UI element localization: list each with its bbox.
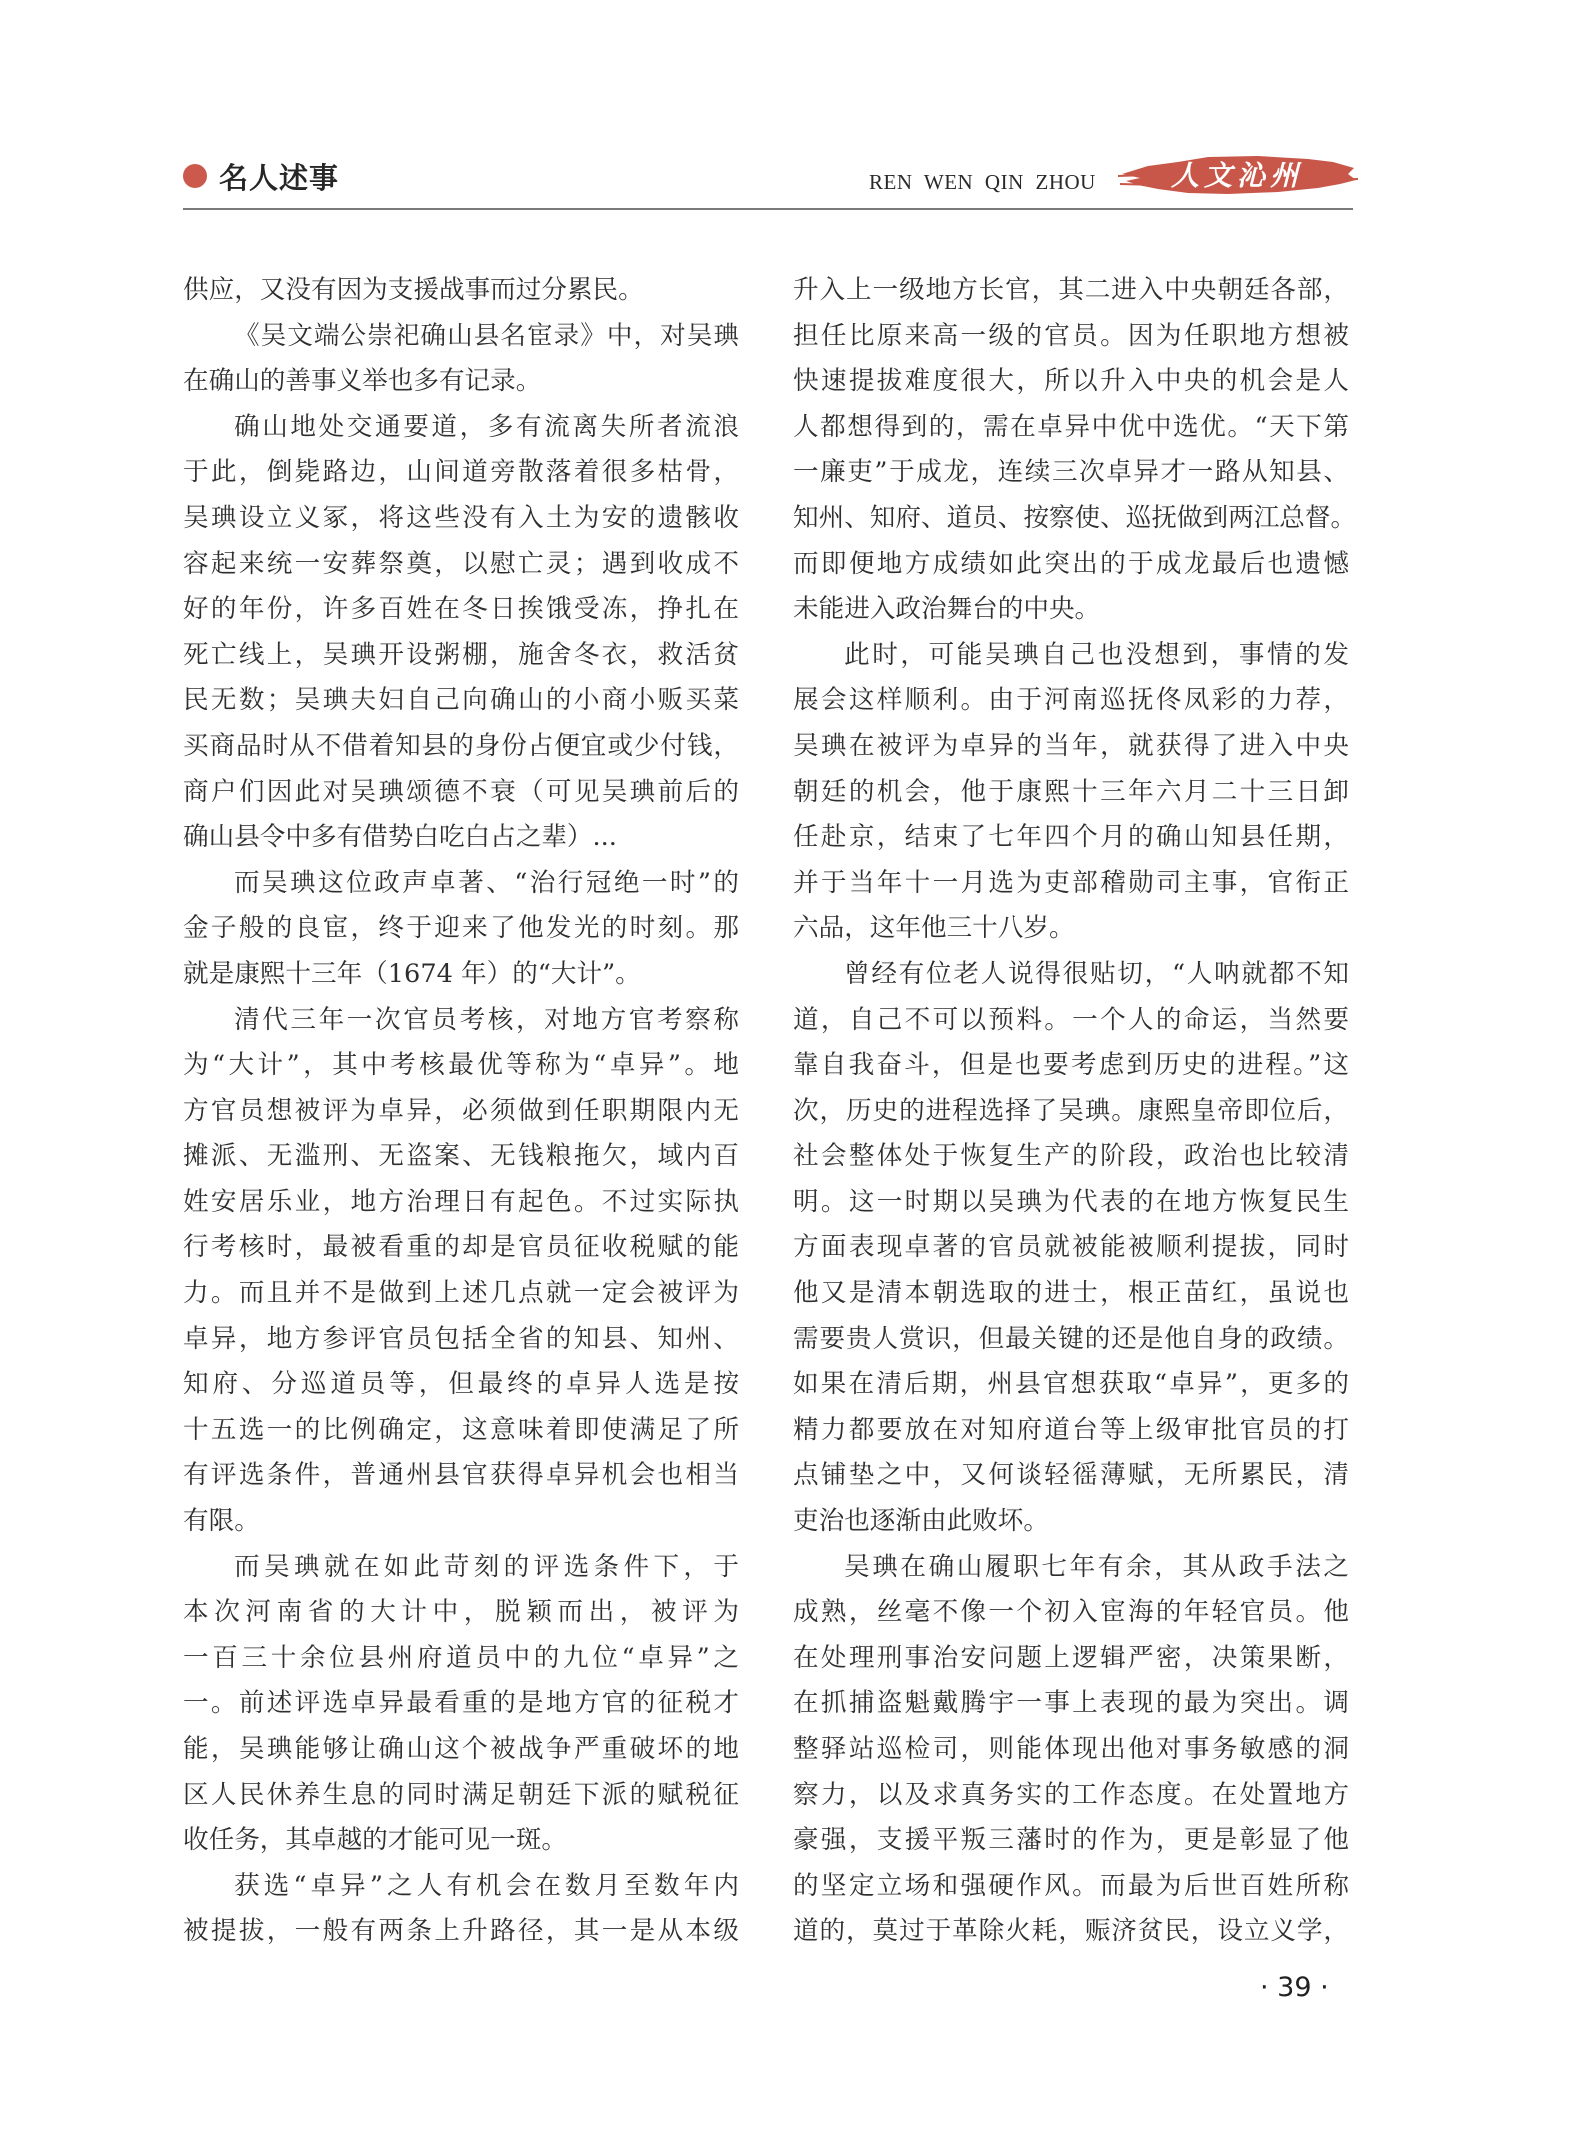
text-line: 卓异，地方参评官员包括全省的知县、知州、	[183, 1317, 739, 1363]
text-line: 靠自我奋斗，但是也要考虑到历史的进程。”这	[793, 1043, 1349, 1089]
text-line: 本次河南省的大计中，脱颖而出，被评为	[183, 1590, 739, 1636]
text-line: 任赴京，结束了七年四个月的确山知县任期，	[793, 815, 1349, 861]
text-line: 商户们因此对吴琠颂德不衰（可见吴琠前后的	[183, 770, 739, 816]
page-header: 名人述事 REN WEN QIN ZHOU 人文沁州	[183, 150, 1353, 212]
text-line: 道的，莫过于革除火耗，赈济贫民，设立义学，	[793, 1909, 1349, 1955]
text-line: 行考核时，最被看重的却是官员征收税赋的能	[183, 1225, 739, 1271]
text-line: 成熟，丝毫不像一个初入宦海的年轻官员。他	[793, 1590, 1349, 1636]
text-line: 吴琠在确山履职七年有余，其从政手法之	[793, 1545, 1349, 1591]
text-line: 整驿站巡检司，则能体现出他对事务敏感的洞	[793, 1727, 1349, 1773]
text-line: 力。而且并不是做到上述几点就一定会被评为	[183, 1271, 739, 1317]
text-line: 收任务，其卓越的才能可见一斑。	[183, 1818, 739, 1864]
text-line: 社会整体处于恢复生产的阶段，政治也比较清	[793, 1134, 1349, 1180]
text-line: 而即便地方成绩如此突出的于成龙最后也遗憾	[793, 542, 1349, 588]
text-line: 就是康熙十三年（1674 年）的“大计”。	[183, 952, 739, 998]
text-line: 于此，倒毙路边，山间道旁散落着很多枯骨，	[183, 450, 739, 496]
text-line: 获选“卓异”之人有机会在数月至数年内	[183, 1864, 739, 1910]
text-line: 在抓捕盗魁戴腾宇一事上表现的最为突出。调	[793, 1681, 1349, 1727]
magazine-pinyin: REN WEN QIN ZHOU	[869, 170, 1096, 195]
text-line: 区人民休养生息的同时满足朝廷下派的赋税征	[183, 1773, 739, 1819]
magazine-title: 人文沁州	[1171, 154, 1303, 194]
text-line: 六品，这年他三十八岁。	[793, 906, 1349, 952]
text-line: 供应，又没有因为支援战事而过分累民。	[183, 268, 739, 314]
text-line: 方官员想被评为卓异，必须做到任职期限内无	[183, 1089, 739, 1135]
text-line: 在确山的善事义举也多有记录。	[183, 359, 739, 405]
text-line: 他又是清本朝选取的进士，根正苗红，虽说也	[793, 1271, 1349, 1317]
text-line: 此时，可能吴琠自己也没想到，事情的发	[793, 633, 1349, 679]
text-line: 好的年份，许多百姓在冬日挨饿受冻，挣扎在	[183, 587, 739, 633]
text-line: 摊派、无滥刑、无盗案、无钱粮拖欠，域内百	[183, 1134, 739, 1180]
text-line: 有评选条件，普通州县官获得卓异机会也相当	[183, 1453, 739, 1499]
section-dot-icon	[183, 164, 207, 188]
text-line: 次，历史的进程选择了吴琠。康熙皇帝即位后，	[793, 1089, 1349, 1135]
section-title: 名人述事	[219, 156, 339, 197]
text-line: 姓安居乐业，地方治理日有起色。不过实际执	[183, 1180, 739, 1226]
text-line: 察力，以及求真务实的工作态度。在处置地方	[793, 1773, 1349, 1819]
page-number: · 39 ·	[1260, 1972, 1329, 2003]
text-line: 吴琠在被评为卓异的当年，就获得了进入中央	[793, 724, 1349, 770]
text-line: 金子般的良宦，终于迎来了他发光的时刻。那	[183, 906, 739, 952]
text-line: 十五选一的比例确定，这意味着即使满足了所	[183, 1408, 739, 1454]
text-line: 一。前述评选卓异最看重的是地方官的征税才	[183, 1681, 739, 1727]
text-line: 方面表现卓著的官员就被能被顺利提拔，同时	[793, 1225, 1349, 1271]
text-line: 点铺垫之中，又何谈轻徭薄赋，无所累民，清	[793, 1453, 1349, 1499]
right-text-column: 升入上一级地方长官，其二进入中央朝廷各部，担任比原来高一级的官员。因为任职地方想…	[793, 268, 1349, 1955]
text-line: 能，吴琠能够让确山这个被战争严重破坏的地	[183, 1727, 739, 1773]
text-line: 知州、知府、道员、按察使、巡抚做到两江总督。	[793, 496, 1349, 542]
text-line: 快速提拔难度很大，所以升入中央的机会是人	[793, 359, 1349, 405]
text-line: 民无数；吴琠夫妇自己向确山的小商小贩买菜	[183, 678, 739, 724]
text-line: 在处理刑事治安问题上逻辑严密，决策果断，	[793, 1636, 1349, 1682]
text-line: 豪强，支援平叛三藩时的作为，更是彰显了他	[793, 1818, 1349, 1864]
text-line: 被提拔，一般有两条上升路径，其一是从本级	[183, 1909, 739, 1955]
text-line: 清代三年一次官员考核，对地方官考察称	[183, 998, 739, 1044]
text-line: 为“大计”，其中考核最优等称为“卓异”。地	[183, 1043, 739, 1089]
text-line: 展会这样顺利。由于河南巡抚佟凤彩的力荐，	[793, 678, 1349, 724]
text-line: 如果在清后期，州县官想获取“卓异”，更多的	[793, 1362, 1349, 1408]
text-line: 容起来统一安葬祭奠，以慰亡灵；遇到收成不	[183, 542, 739, 588]
text-line: 并于当年十一月选为吏部稽勋司主事，官衔正	[793, 861, 1349, 907]
text-line: 吴琠设立义冢，将这些没有入土为安的遗骸收	[183, 496, 739, 542]
text-line: 而吴琠这位政声卓著、“治行冠绝一时”的	[183, 861, 739, 907]
text-line: 精力都要放在对知府道台等上级审批官员的打	[793, 1408, 1349, 1454]
text-line: 确山县令中多有借势白吃白占之辈）...	[183, 815, 739, 861]
header-divider	[183, 208, 1353, 210]
text-line: 人都想得到的，需在卓异中优中选优。“天下第	[793, 405, 1349, 451]
text-line: 确山地处交通要道，多有流离失所者流浪	[183, 405, 739, 451]
text-line: 死亡线上，吴琠开设粥棚，施舍冬衣，救活贫	[183, 633, 739, 679]
text-line: 买商品时从不借着知县的身份占便宜或少付钱，	[183, 724, 739, 770]
text-line: 一廉吏”于成龙，连续三次卓异才一路从知县、	[793, 450, 1349, 496]
text-line: 《吴文端公崇祀确山县名宦录》中，对吴琠	[183, 314, 739, 360]
text-line: 明。这一时期以吴琠为代表的在地方恢复民生	[793, 1180, 1349, 1226]
text-line: 一百三十余位县州府道员中的九位“卓异”之	[183, 1636, 739, 1682]
text-line: 曾经有位老人说得很贴切，“人呐就都不知	[793, 952, 1349, 998]
text-line: 而吴琠就在如此苛刻的评选条件下，于	[183, 1545, 739, 1591]
text-line: 需要贵人赏识，但最关键的还是他自身的政绩。	[793, 1317, 1349, 1363]
text-line: 知府、分巡道员等，但最终的卓异人选是按	[183, 1362, 739, 1408]
text-line: 朝廷的机会，他于康熙十三年六月二十三日卸	[793, 770, 1349, 816]
text-line: 吏治也逐渐由此败坏。	[793, 1499, 1349, 1545]
text-line: 升入上一级地方长官，其二进入中央朝廷各部，	[793, 268, 1349, 314]
text-line: 担任比原来高一级的官员。因为任职地方想被	[793, 314, 1349, 360]
left-text-column: 供应，又没有因为支援战事而过分累民。《吴文端公崇祀确山县名宦录》中，对吴琠在确山…	[183, 268, 739, 1955]
text-line: 道，自己不可以预料。一个人的命运，当然要	[793, 998, 1349, 1044]
text-line: 的坚定立场和强硬作风。而最为后世百姓所称	[793, 1864, 1349, 1910]
text-line: 未能进入政治舞台的中央。	[793, 587, 1349, 633]
text-line: 有限。	[183, 1499, 739, 1545]
